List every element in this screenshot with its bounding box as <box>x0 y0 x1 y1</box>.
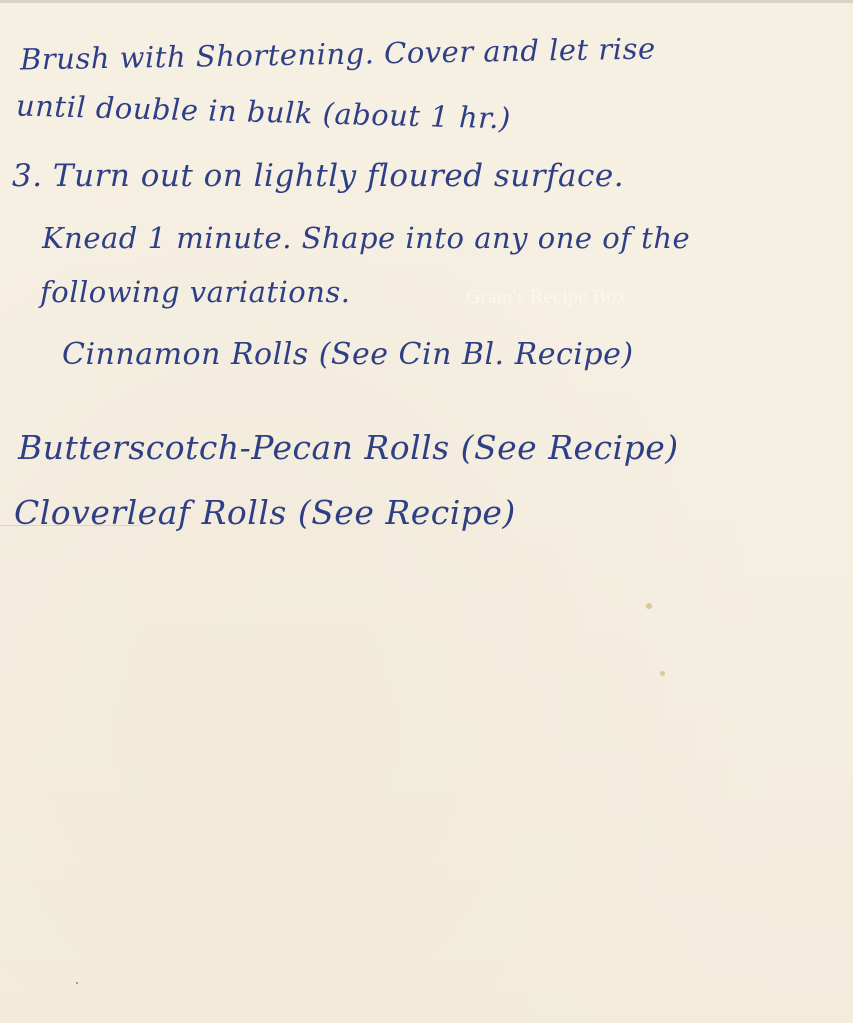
instruction-line-knead: Knead 1 minute. Shape into any one of th… <box>42 221 690 255</box>
instruction-line-rise: until double in bulk (about 1 hr.) <box>16 89 512 136</box>
variation-cloverleaf-rolls: Cloverleaf Rolls (See Recipe) <box>14 493 516 532</box>
recipe-card: Brush with Shortening. Cover and let ris… <box>0 0 853 1023</box>
instruction-line-brush: Brush with Shortening. Cover and let ris… <box>20 31 656 76</box>
stain-spot <box>660 671 665 676</box>
instruction-line-variations: following variations. <box>40 275 351 309</box>
watermark: Gram's Recipe Box <box>466 286 627 309</box>
card-fold-line <box>0 525 140 526</box>
paper-speck <box>76 982 78 984</box>
variation-butterscotch-pecan-rolls: Butterscotch-Pecan Rolls (See Recipe) <box>18 428 679 467</box>
variation-cinnamon-rolls: Cinnamon Rolls (See Cin Bl. Recipe) <box>62 337 634 372</box>
stain-spot <box>646 603 652 609</box>
step-3-turn-out: 3. Turn out on lightly floured surface. <box>12 158 624 194</box>
